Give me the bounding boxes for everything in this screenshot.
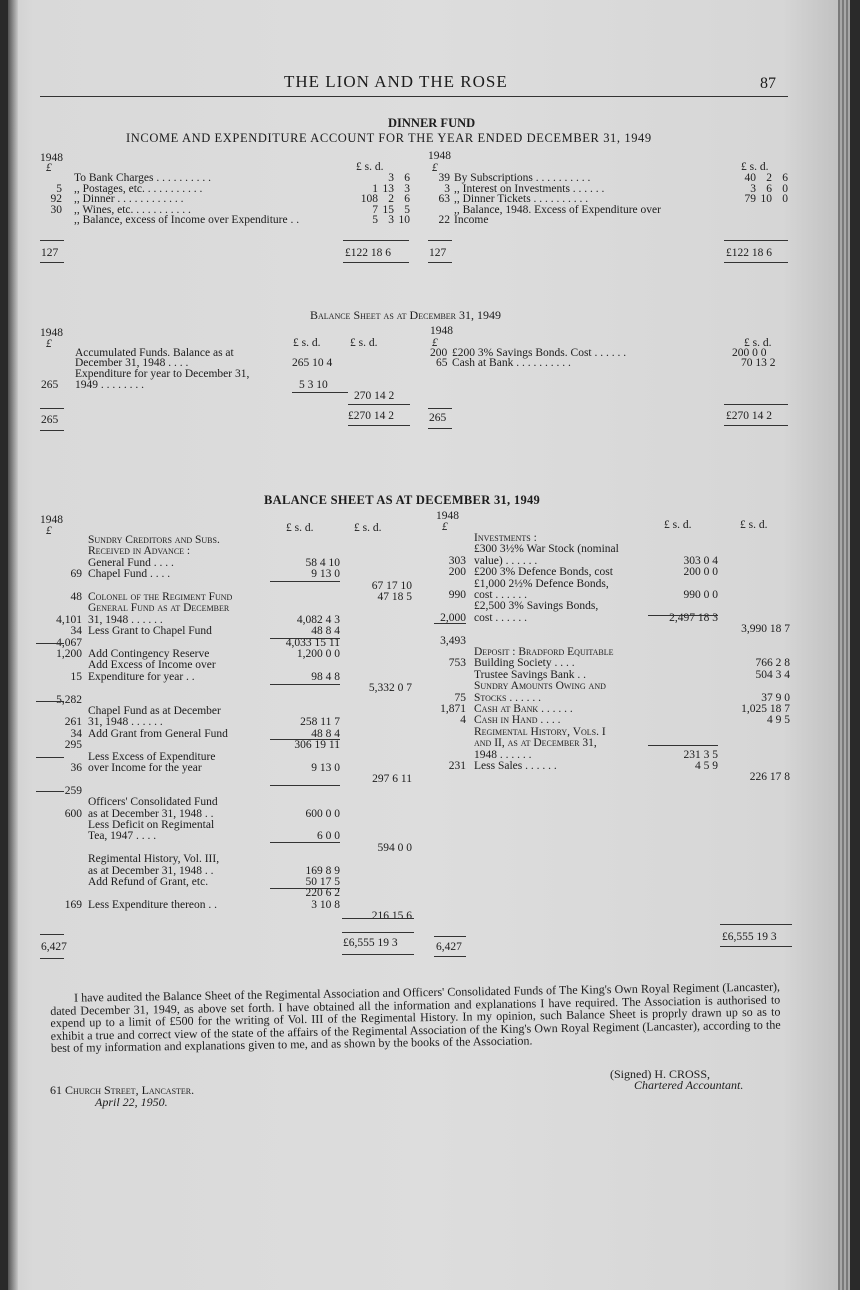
inner-amount: 303 0 4 — [648, 556, 718, 567]
line-label: £1,000 2½% Defence Bonds, — [474, 579, 609, 590]
lsd-header-2: £ s. d. — [350, 338, 377, 349]
rule — [342, 932, 414, 933]
rule — [270, 638, 340, 639]
total: £6,555 19 3 — [343, 938, 398, 949]
line-label: Less Excess of Expenditure — [88, 752, 215, 763]
rule — [343, 240, 409, 241]
prev-year-value: 36 — [36, 763, 82, 774]
outer-amount: 1,025 18 7 — [720, 704, 790, 715]
line-label: 1948 . . . . . . — [474, 750, 532, 761]
pound-header: £ — [46, 339, 52, 350]
outer-amount: 226 17 8 — [720, 772, 790, 783]
prev-year-value: 4 — [428, 715, 466, 726]
total-prev: 265 — [429, 413, 446, 424]
line-label: General Fund as at December — [88, 603, 229, 614]
rule — [40, 240, 64, 241]
line-label: as at December 31, 1948 . . — [88, 809, 214, 820]
inner-amount: 231 3 5 — [648, 750, 718, 761]
year-header: 1948 — [428, 151, 451, 162]
rule — [428, 262, 452, 263]
line-label: Investments : — [474, 533, 537, 544]
line-label: General Fund . . . . — [88, 558, 174, 569]
prev-year-value: 295 — [36, 740, 82, 751]
expenditure-total-prev: 127 — [41, 248, 58, 259]
line-label: Add Contingency Reserve — [88, 649, 209, 660]
rule — [342, 918, 414, 919]
line-label: value) . . . . . . — [474, 556, 537, 567]
rule — [270, 888, 340, 889]
subtotal: 270 14 2 — [354, 391, 394, 402]
rule — [342, 954, 414, 955]
expenditure-total: £122 18 6 — [345, 248, 391, 259]
rule — [428, 240, 452, 241]
line-label: as at December 31, 1948 . . — [88, 866, 214, 877]
prev-year-value: 22 — [426, 215, 450, 226]
line-label: cost . . . . . . — [474, 613, 527, 624]
page-edge — [838, 0, 850, 1290]
inner-amount: 220 6 2 — [270, 888, 340, 899]
inner-amount: 6 0 0 — [270, 831, 340, 842]
line-label: Less Deficit on Regimental — [88, 820, 214, 831]
inner-amount: 48 8 4 — [270, 626, 340, 637]
line-label: Less Expenditure thereon . . — [88, 900, 217, 911]
prev-year-value: 75 — [428, 693, 466, 704]
inner-amount: 600 0 0 — [270, 809, 340, 820]
line-label: Income — [454, 215, 488, 226]
line-label: 1949 . . . . . . . . — [75, 380, 144, 391]
inner-amount: 258 11 7 — [270, 717, 340, 728]
line-amount: 5 3 10 — [299, 380, 328, 391]
amount-pounds: 5 — [344, 215, 378, 226]
inner-amount: 4,082 4 3 — [270, 615, 340, 626]
audit-paragraph: I have audited the Balance Sheet of the … — [50, 981, 781, 1055]
line-amount: 5310 — [344, 215, 410, 226]
income-total: £122 18 6 — [726, 248, 772, 259]
inner-amount: 9 13 0 — [270, 569, 340, 580]
line-label: ,, Balance, excess of Income over Expend… — [74, 215, 299, 226]
pound-header: £ — [46, 526, 52, 537]
inner-amount: 4 5 9 — [648, 761, 718, 772]
line-label: Expenditure for year . . — [88, 672, 195, 683]
income-total-prev: 127 — [429, 248, 446, 259]
line-label: Trustee Savings Bank . . — [474, 670, 586, 681]
header-rule — [40, 96, 788, 97]
inner-amount: 4,033 15 11 — [270, 638, 340, 649]
line-label: over Income for the year — [88, 763, 202, 774]
rule — [40, 958, 64, 959]
rule — [36, 757, 64, 758]
line-label: 31, 1948 . . . . . . — [88, 717, 163, 728]
line-label: 31, 1948 . . . . . . — [88, 615, 163, 626]
line-label: Less Grant to Chapel Fund — [88, 626, 212, 637]
dinner-fund-subtitle: INCOME AND EXPENDITURE ACCOUNT FOR THE Y… — [126, 131, 652, 146]
rule — [720, 924, 792, 925]
inner-amount: 58 4 10 — [270, 558, 340, 569]
rule — [724, 425, 788, 426]
total-prev: 6,427 — [41, 942, 67, 953]
prev-year-value: 753 — [428, 658, 466, 669]
line-label: Sundry Creditors and Subs. — [88, 535, 220, 546]
rule — [434, 936, 466, 937]
total: £6,555 19 3 — [722, 932, 777, 943]
line-label: Received in Advance : — [88, 546, 190, 557]
amount-pence: 0 — [772, 194, 788, 205]
rule — [270, 842, 340, 843]
line-label: Deposit : Bradford Equitable — [474, 647, 614, 658]
rule — [36, 791, 64, 792]
line-label: Chapel Fund . . . . — [88, 569, 170, 580]
prev-year-value: 63 — [426, 194, 450, 205]
line-label: Regimental History, Vol. III, — [88, 854, 219, 865]
rule — [434, 956, 466, 957]
prev-year-value: 65 — [436, 358, 448, 369]
prev-year-value: 303 — [428, 556, 466, 567]
lsd-header-1: £ s. d. — [286, 523, 313, 534]
total: £270 14 2 — [348, 411, 394, 422]
prev-year-value: 990 — [428, 590, 466, 601]
prev-year-value: 200 — [428, 567, 466, 578]
line-label: Colonel of the Regiment Fund — [88, 592, 232, 603]
rule — [40, 408, 64, 409]
inner-amount: 200 0 0 — [648, 567, 718, 578]
rule — [720, 946, 792, 947]
prev-year-value: 3,493 — [428, 636, 466, 647]
rule — [270, 785, 340, 786]
outer-amount: 504 3 4 — [720, 670, 790, 681]
prev-year-value: 48 — [36, 592, 82, 603]
total: £270 14 2 — [726, 411, 772, 422]
inner-amount: 306 19 11 — [270, 740, 340, 751]
line-label: Sundry Amounts Owing and — [474, 681, 606, 692]
rule — [292, 392, 348, 393]
line-label: Add Excess of Income over — [88, 660, 216, 671]
prev-year-value: 4,101 — [36, 615, 82, 626]
line-label: Cash at Bank . . . . . . — [474, 704, 573, 715]
balance-sheet-title: BALANCE SHEET AS AT DECEMBER 31, 1949 — [264, 493, 540, 508]
lsd-header-1: £ s. d. — [664, 520, 691, 531]
outer-amount: 4 9 5 — [720, 715, 790, 726]
inner-amount: 9 13 0 — [270, 763, 340, 774]
line-label: £2,500 3% Savings Bonds, — [474, 601, 598, 612]
rule — [36, 701, 64, 702]
line-label: Building Society . . . . — [474, 658, 575, 669]
prev-year-value: 169 — [36, 900, 82, 911]
rule — [428, 408, 452, 409]
outer-amount: 47 18 5 — [340, 592, 412, 603]
dinner-balance-title: Balance Sheet as at December 31, 1949 — [310, 308, 501, 323]
rule — [270, 684, 340, 685]
page-number: 87 — [760, 75, 776, 93]
line-label: £200 3% Defence Bonds, cost — [474, 567, 613, 578]
rule — [434, 623, 466, 624]
year-header: 1948 — [430, 326, 453, 337]
total-prev: 6,427 — [436, 942, 462, 953]
running-header-title: THE LION AND THE ROSE — [284, 72, 508, 92]
rule — [270, 581, 340, 582]
rule — [724, 240, 788, 241]
inner-amount: 990 0 0 — [648, 590, 718, 601]
outer-amount: 37 9 0 — [720, 693, 790, 704]
line-label: £300 3½% War Stock (nominal — [474, 544, 619, 555]
line-amount: 265 10 4 — [292, 358, 332, 369]
amount-shillings: 10 — [756, 194, 772, 205]
outer-amount: 216 15 6 — [340, 911, 412, 922]
lsd-header: £ s. d. — [356, 162, 383, 173]
inner-amount: 169 8 9 — [270, 866, 340, 877]
prev-year-value: 600 — [36, 809, 82, 820]
rule — [724, 404, 788, 405]
rule — [270, 739, 340, 740]
rule — [428, 428, 452, 429]
outer-amount: 3,990 18 7 — [720, 624, 790, 635]
lsd-header-2: £ s. d. — [354, 523, 381, 534]
rule — [348, 404, 410, 405]
amount-pence: 10 — [394, 215, 410, 226]
rule — [724, 262, 788, 263]
line-label: Officers' Consolidated Fund — [88, 797, 218, 808]
audit-date: April 22, 1950. — [95, 1095, 168, 1110]
rule — [648, 745, 718, 746]
pound-header: £ — [46, 163, 52, 174]
prev-year-value: 34 — [36, 729, 82, 740]
book-page: THE LION AND THE ROSE 87 DINNER FUND INC… — [8, 0, 850, 1290]
prev-year-value: 34 — [36, 626, 82, 637]
line-label: Tea, 1947 . . . . — [88, 831, 156, 842]
outer-amount: 594 0 0 — [340, 843, 412, 854]
line-amount: 79100 — [722, 194, 788, 205]
line-label: Regimental History, Vols. I — [474, 727, 606, 738]
signature-role: Chartered Accountant. — [634, 1078, 743, 1093]
total-prev: 265 — [41, 415, 58, 426]
line-label: Chapel Fund as at December — [88, 706, 221, 717]
amount-shillings: 3 — [378, 215, 394, 226]
lsd-header-2: £ s. d. — [740, 520, 767, 531]
line-label: Cash in Hand . . . . — [474, 715, 561, 726]
line-label: and II, as at December 31, — [474, 738, 597, 749]
rule — [348, 425, 410, 426]
rule — [36, 643, 64, 644]
line-label: Stocks . . . . . . — [474, 693, 541, 704]
book-binding — [8, 0, 18, 1290]
line-label: Less Sales . . . . . . — [474, 761, 557, 772]
amount-pounds: 79 — [722, 194, 756, 205]
lsd-header-1: £ s. d. — [293, 338, 320, 349]
pound-header: £ — [442, 522, 448, 533]
rule — [40, 430, 64, 431]
outer-amount: 766 2 8 — [720, 658, 790, 669]
inner-amount: 98 4 8 — [270, 672, 340, 683]
rule — [40, 262, 64, 263]
prev-year-value: 69 — [36, 569, 82, 580]
outer-amount: 67 17 10 — [340, 581, 412, 592]
prev-year-value: 231 — [428, 761, 466, 772]
prev-year-value: 1,871 — [428, 704, 466, 715]
rule — [648, 615, 718, 616]
inner-amount: 50 17 5 — [270, 877, 340, 888]
prev-year-value: 261 — [36, 717, 82, 728]
rule — [343, 262, 409, 263]
line-label: cost . . . . . . — [474, 590, 527, 601]
prev-year-value: 30 — [40, 205, 62, 216]
inner-amount: 3 10 8 — [270, 900, 340, 911]
prev-year-value: 15 — [36, 672, 82, 683]
outer-amount: 297 6 11 — [340, 774, 412, 785]
prev-year-value: 265 — [41, 380, 58, 391]
rule — [40, 934, 64, 935]
line-label: Add Refund of Grant, etc. — [88, 877, 208, 888]
dinner-fund-title: DINNER FUND — [388, 116, 475, 131]
inner-amount: 1,200 0 0 — [270, 649, 340, 660]
outer-amount: 5,332 0 7 — [340, 683, 412, 694]
line-amount: 70 13 2 — [741, 358, 776, 369]
line-label: Add Grant from General Fund — [88, 729, 228, 740]
line-label: Cash at Bank . . . . . . . . . . — [452, 358, 571, 369]
prev-year-value: 1,200 — [36, 649, 82, 660]
